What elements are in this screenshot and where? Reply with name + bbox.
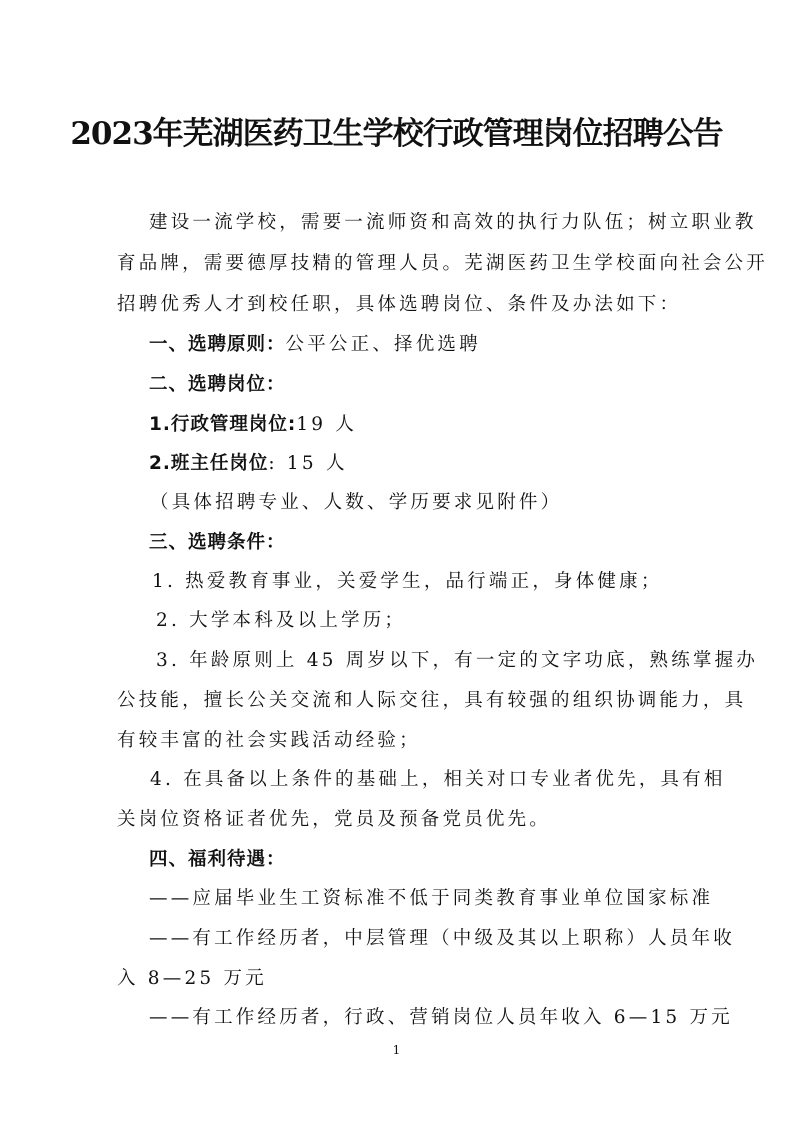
section-4-heading: 四、福利待遇：: [149, 845, 286, 871]
section-1: 一、选聘原则：公平公正、择优选聘: [149, 330, 481, 356]
condition-3-line-3: 有较丰富的社会实践活动经验；: [117, 726, 421, 752]
section-1-heading: 一、选聘原则：: [149, 334, 286, 355]
position-1-count: 19 人: [296, 414, 357, 435]
benefit-1: ——应届毕业生工资标准不低于同类教育事业单位国家标准: [149, 884, 713, 910]
positions-note: （具体招聘专业、人数、学历要求见附件）: [150, 488, 562, 514]
condition-3-line-1: 3. 年龄原则上 45 周岁以下，有一定的文字功底，熟练掌握办: [156, 646, 758, 672]
intro-line-3: 招聘优秀人才到校任职，具体选聘岗位、条件及办法如下：: [117, 290, 681, 316]
position-2: 2.班主任岗位: 15 人: [149, 449, 348, 475]
section-3-heading: 三、选聘条件：: [149, 528, 286, 554]
benefit-2-line-2: 入 8—25 万元: [117, 964, 267, 990]
condition-4-line-1: 4. 在具备以上条件的基础上，相关对口专业者优先，具有相: [150, 765, 726, 791]
position-2-count: : 15 人: [268, 453, 347, 474]
condition-2: 2. 大学本科及以上学历；: [156, 606, 406, 632]
condition-3-line-2: 公技能，擅长公关交流和人际交往，具有较强的组织协调能力，具: [117, 686, 746, 712]
section-2-heading: 二、选聘岗位：: [149, 370, 286, 396]
page-number: 1: [0, 1043, 793, 1057]
intro-line-2: 育品牌，需要德厚技精的管理人员。芜湖医药卫生学校面向社会公开: [117, 249, 768, 275]
document-page: 2023年芜湖医药卫生学校行政管理岗位招聘公告 建设一流学校，需要一流师资和高效…: [0, 0, 793, 1122]
position-1: 1.行政管理岗位:19 人: [149, 410, 357, 436]
condition-4-line-2: 关岗位资格证者优先，党员及预备党员优先。: [117, 805, 551, 831]
benefit-2-line-1: ——有工作经历者，中层管理（中级及其以上职称）人员年收: [149, 924, 735, 950]
position-2-label: 2.班主任岗位: [149, 453, 268, 474]
intro-line-1: 建设一流学校，需要一流师资和高效的执行力队伍；树立职业教: [149, 208, 757, 234]
position-1-label: 1.行政管理岗位:: [149, 414, 296, 435]
condition-1: 1. 热爱教育事业，关爱学生，品行端正，身体健康；: [152, 567, 663, 593]
document-title: 2023年芜湖医药卫生学校行政管理岗位招聘公告: [0, 108, 793, 153]
benefit-3: ——有工作经历者，行政、营销岗位人员年收入 6—15 万元: [149, 1003, 733, 1029]
section-1-text: 公平公正、择优选聘: [286, 334, 481, 355]
